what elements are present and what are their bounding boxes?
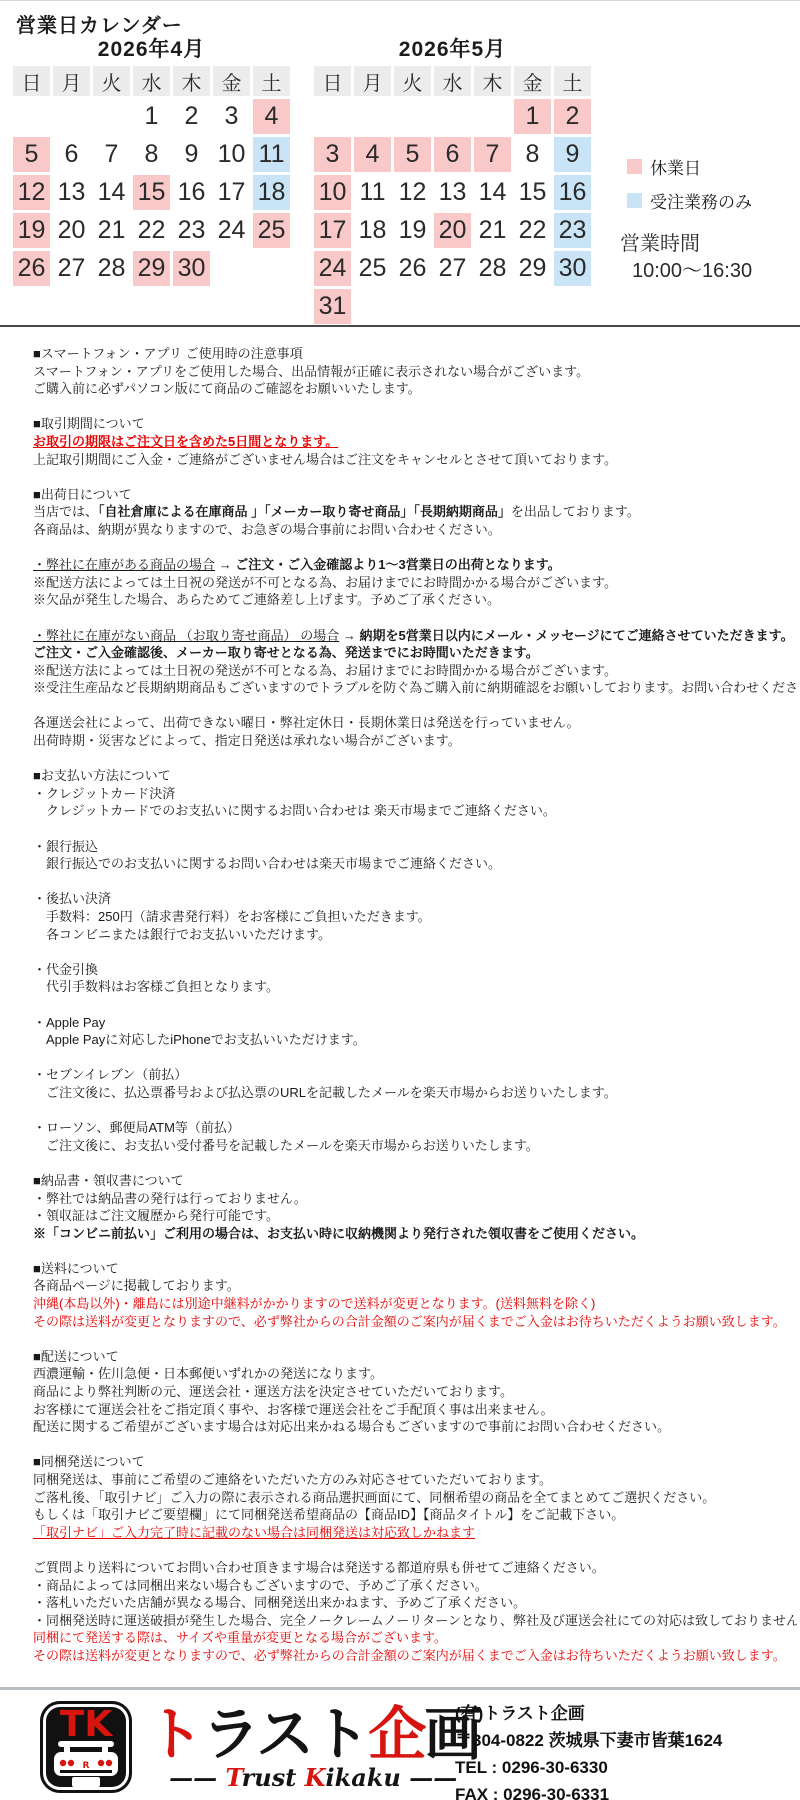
text-run: 商品により弊社判断の元、運送会社・運送方法を決定させていただいております。 xyxy=(33,1384,513,1399)
day-cell: 28 xyxy=(474,251,511,286)
logo-char: ト xyxy=(146,1700,202,1768)
text-line: ※欠品が発生した場合、あらためてご連絡差し上げます。予めご了承ください。 xyxy=(33,591,797,609)
text-run: ・後払い決済 xyxy=(33,891,111,906)
empty-day-cell xyxy=(474,99,511,134)
text-run: ・弊社では納品書の発行は行っておりません。 xyxy=(33,1191,307,1206)
logo-romaji-part: —— xyxy=(169,1763,225,1792)
day-header-cell: 月 xyxy=(354,66,391,96)
day-cell: 26 xyxy=(13,251,50,286)
day-cell: 9 xyxy=(554,137,591,172)
text-line: ・領収証はご注文履歴から発行可能です。 xyxy=(33,1207,797,1225)
empty-day-cell xyxy=(514,289,551,324)
text-run: ■配送について xyxy=(33,1349,119,1364)
day-cell: 12 xyxy=(394,175,431,210)
day-cell: 24 xyxy=(213,213,250,248)
day-header-cell: 水 xyxy=(133,66,170,96)
text-run: 配送に関するご希望がございます場合は対応出来かねる場合もございますので事前にお問… xyxy=(33,1419,670,1434)
company-name-calligraphy: トラスト企画 xyxy=(146,1703,480,1765)
legend-label: 休業日 xyxy=(650,154,701,179)
text-run: ※「コンビニ前払い」ご利用の場合は、お支払い時に収納機関より発行された領収書をご… xyxy=(33,1226,644,1241)
calendar-table-april: 日月火水木金土123456789101112131415161718192021… xyxy=(10,63,293,289)
text-line: ご注文後に、お支払い受付番号を記載したメールを楽天市場からお送りいたします。 xyxy=(33,1137,797,1155)
day-cell: 21 xyxy=(474,213,511,248)
text-line: ご落札後、「取引ナビ」ご入力の際に表示される商品選択画面にて、同梱希望の商品を全… xyxy=(33,1489,797,1507)
text-run: 各商品は、納期が異なりますので、お急ぎの場合事前にお問い合わせください。 xyxy=(33,522,501,537)
day-cell: 14 xyxy=(93,175,130,210)
day-cell: 16 xyxy=(173,175,210,210)
text-line: ■お支払い方法について xyxy=(33,767,797,785)
text-run: → xyxy=(339,628,359,643)
empty-day-cell xyxy=(253,251,290,286)
empty-day-cell xyxy=(554,289,591,324)
text-run: 上記取引期間にご入金・ご連絡がございません場合はご注文をキャンセルとさせて頂いて… xyxy=(33,452,617,467)
text-line: ・弊社に在庫がない商品 （お取り寄せ商品） の場合 → 納期を5営業日以内にメー… xyxy=(33,627,797,645)
text-run: ■送料について xyxy=(33,1261,119,1276)
day-cell: 17 xyxy=(213,175,250,210)
day-cell: 1 xyxy=(514,99,551,134)
text-line: 手数料：250円（請求書発行料）をお客様にご負担いただきます。 xyxy=(33,908,797,926)
text-line: 「取引ナビ」ご入力完了時に記載のない場合は同梱発送は対応致しかねます xyxy=(33,1524,797,1542)
day-header-cell: 月 xyxy=(53,66,90,96)
text-line: ※受注生産品など長期納期商品もございますのでトラブルを防ぐ為ご購入前に納期確認を… xyxy=(33,679,797,697)
text-line: Apple Payに対応したiPhoneでお支払いいただけます。 xyxy=(33,1031,797,1049)
day-cell: 3 xyxy=(213,99,250,134)
day-cell: 27 xyxy=(53,251,90,286)
text-line: ・クレジットカード決済 xyxy=(33,785,797,803)
text-run: ・落札いただいた店舗が異なる場合、同梱発送出来かねます、予めご了承ください。 xyxy=(33,1595,526,1610)
text-line xyxy=(33,996,797,1014)
text-line: ・Apple Pay xyxy=(33,1014,797,1032)
text-run: ※受注生産品など長期納期商品もございますのでトラブルを防ぐ為ご購入前に納期確認を… xyxy=(33,680,797,695)
day-cell: 19 xyxy=(13,213,50,248)
text-run: ・弊社に在庫がない商品 （お取り寄せ商品） の場合 xyxy=(33,628,339,643)
closed-day-swatch-icon xyxy=(627,159,642,174)
day-cell: 10 xyxy=(314,175,351,210)
day-cell: 12 xyxy=(13,175,50,210)
text-run: ・商品によっては同梱出来ない場合もございますので、予めご了承ください。 xyxy=(33,1578,488,1593)
day-header-cell: 金 xyxy=(514,66,551,96)
text-run: ・ローソン、郵便局ATM等（前払） xyxy=(33,1120,240,1135)
text-line: ■スマートフォン・アプリ ご使用時の注意事項 xyxy=(33,345,797,363)
calendar-month-april: 2026年4月 日月火水木金土1234567891011121314151617… xyxy=(2,33,301,289)
company-address: 〒304-0822 茨城県下妻市皆葉1624 xyxy=(455,1727,722,1754)
text-run: ・セブンイレブン（前払） xyxy=(33,1067,187,1082)
text-line xyxy=(33,1330,797,1348)
text-run: ※配送方法によっては土日祝の発送が不可となる為、お届けまでにお時間かかる場合がご… xyxy=(33,575,617,590)
day-cell: 10 xyxy=(213,137,250,172)
day-cell: 2 xyxy=(554,99,591,134)
day-cell: 4 xyxy=(354,137,391,172)
company-logo-text: トラスト企画 —— Trust Kikaku —— xyxy=(146,1701,480,1793)
text-line: 西濃運輸・佐川急便・日本郵便いずれかの発送になります。 xyxy=(33,1365,797,1383)
text-line xyxy=(33,697,797,715)
day-cell: 27 xyxy=(434,251,471,286)
text-line xyxy=(33,1154,797,1172)
text-line xyxy=(33,943,797,961)
day-cell: 22 xyxy=(133,213,170,248)
text-run: その際は送料が変更となりますので、必ず弊社からの合計金額のご案内が届くまでご入金… xyxy=(33,1648,786,1663)
day-cell: 18 xyxy=(354,213,391,248)
text-line: クレジットカードでのお支払いに関するお問い合わせは 楽天市場までご連絡ください。 xyxy=(33,802,797,820)
divider xyxy=(0,325,800,327)
text-run: ※配送方法によっては土日祝の発送が不可となる為、お届けまでにお時間かかる場合がご… xyxy=(33,663,617,678)
day-cell: 14 xyxy=(474,175,511,210)
text-line: 上記取引期間にご入金・ご連絡がございません場合はご注文をキャンセルとさせて頂いて… xyxy=(33,451,797,469)
text-line xyxy=(33,1102,797,1120)
text-line: ■同梱発送について xyxy=(33,1453,797,1471)
text-run: ご注文・ご入金確認後、メーカー取り寄せとなる為、発送までにお時間いただきます。 xyxy=(33,645,539,660)
day-header-cell: 水 xyxy=(434,66,471,96)
text-line: ・セブンイレブン（前払） xyxy=(33,1066,797,1084)
calendar-month-may: 2026年5月 日月火水木金土1234567891011121314151617… xyxy=(303,33,602,327)
text-line: ・落札いただいた店舗が異なる場合、同梱発送出来かねます、予めご了承ください。 xyxy=(33,1594,797,1612)
text-run: ・同梱発送時に運送破損が発生した場合、完全ノークレームノーリターンとなり、弊社及… xyxy=(33,1613,797,1628)
text-run: ご注文・ご入金確認より1～3営業日の出荷となります。 xyxy=(235,557,560,572)
day-cell: 3 xyxy=(314,137,351,172)
text-line: 各運送会社によって、出荷できない曜日・弊社定休日・長期休業日は発送を行っていませ… xyxy=(33,714,797,732)
text-line xyxy=(33,873,797,891)
text-run: クレジットカードでのお支払いに関するお問い合わせは 楽天市場までご連絡ください。 xyxy=(33,803,556,818)
company-name-romaji: —— Trust Kikaku —— xyxy=(146,1765,480,1791)
text-line: 銀行振込でのお支払いに関するお問い合わせは楽天市場までご連絡ください。 xyxy=(33,855,797,873)
text-run: 各コンビニまたは銀行でお支払いいただけます。 xyxy=(33,927,331,942)
text-run: ・クレジットカード決済 xyxy=(33,786,175,801)
text-line: ■配送について xyxy=(33,1348,797,1366)
day-cell: 9 xyxy=(173,137,210,172)
text-run: 西濃運輸・佐川急便・日本郵便いずれかの発送になります。 xyxy=(33,1366,383,1381)
company-name: (有)トラスト企画 xyxy=(455,1700,722,1727)
text-run: 出荷時期・災害などによって、指定日発送は承れない場合がございます。 xyxy=(33,733,461,748)
day-header-cell: 土 xyxy=(554,66,591,96)
day-cell: 4 xyxy=(253,99,290,134)
day-header-cell: 土 xyxy=(253,66,290,96)
text-line: ※「コンビニ前払い」ご利用の場合は、お支払い時に収納機関より発行された領収書をご… xyxy=(33,1225,797,1243)
empty-day-cell xyxy=(434,289,471,324)
day-cell: 20 xyxy=(53,213,90,248)
month-title-april: 2026年4月 xyxy=(2,33,301,63)
empty-day-cell xyxy=(354,99,391,134)
day-cell: 18 xyxy=(253,175,290,210)
day-cell: 7 xyxy=(93,137,130,172)
day-cell: 6 xyxy=(434,137,471,172)
text-line: ■送料について xyxy=(33,1260,797,1278)
text-line xyxy=(33,1436,797,1454)
text-run: 代引手数料はお客様ご負担となります。 xyxy=(33,979,279,994)
day-header-cell: 木 xyxy=(173,66,210,96)
text-run: ■出荷日について xyxy=(33,487,132,502)
business-hours: 営業時間 10:00～16:30 xyxy=(620,227,752,286)
business-hours-value: 10:00～16:30 xyxy=(620,256,752,286)
text-line: 同梱にて発送する際は、サイズや重量が変更となる場合がございます。 xyxy=(33,1629,797,1647)
empty-day-cell xyxy=(474,289,511,324)
day-header-cell: 金 xyxy=(213,66,250,96)
day-cell: 16 xyxy=(554,175,591,210)
day-header-cell: 木 xyxy=(474,66,511,96)
text-line: もしくは「取引ナビご要望欄」にて同梱発送希望商品の【商品ID】【商品タイトル】を… xyxy=(33,1506,797,1524)
logo-romaji-part: K xyxy=(305,1763,326,1792)
day-cell: 23 xyxy=(554,213,591,248)
text-run: Apple Payに対応したiPhoneでお支払いいただけます。 xyxy=(33,1032,366,1047)
day-cell: 21 xyxy=(93,213,130,248)
text-line: ・弊社では納品書の発行は行っておりません。 xyxy=(33,1190,797,1208)
text-line: 各商品は、納期が異なりますので、お急ぎの場合事前にお問い合わせください。 xyxy=(33,521,797,539)
text-run: ・Apple Pay xyxy=(33,1015,105,1030)
day-cell: 17 xyxy=(314,213,351,248)
text-line: 沖縄(本島以外)・離島には別途中継料がかかりますので送料が変更となります。(送料… xyxy=(33,1295,797,1313)
text-line xyxy=(33,1242,797,1260)
company-fax: FAX : 0296-30-6331 xyxy=(455,1781,722,1800)
day-cell: 28 xyxy=(93,251,130,286)
text-run: → xyxy=(215,557,235,572)
text-line: ※配送方法によっては土日祝の発送が不可となる為、お届けまでにお時間かかる場合がご… xyxy=(33,662,797,680)
text-run: 手数料：250円（請求書発行料）をお客様にご負担いただきます。 xyxy=(33,909,431,924)
text-line: 商品により弊社判断の元、運送会社・運送方法を決定させていただいております。 xyxy=(33,1383,797,1401)
logo-romaji-part: —— xyxy=(401,1763,457,1792)
day-cell: 29 xyxy=(133,251,170,286)
day-cell: 11 xyxy=(354,175,391,210)
text-run: ご注文後に、払込票番号および払込票のURLを記載したメールを楽天市場からお送りい… xyxy=(33,1085,617,1100)
empty-day-cell xyxy=(13,99,50,134)
day-cell: 8 xyxy=(514,137,551,172)
empty-day-cell xyxy=(354,289,391,324)
text-line xyxy=(33,1541,797,1559)
calendar-table-may: 日月火水木金土123456789101112131415161718192021… xyxy=(311,63,594,327)
text-run: ■お支払い方法について xyxy=(33,768,171,783)
logo-char: ラ xyxy=(202,1700,256,1768)
contact-info: (有)トラスト企画 〒304-0822 茨城県下妻市皆葉1624 TEL : 0… xyxy=(455,1700,722,1800)
text-run: 「取引ナビ」ご入力完了時に記載のない場合は同梱発送は対応致しかねます xyxy=(33,1525,475,1540)
day-cell: 15 xyxy=(133,175,170,210)
legend-item-closed: 休業日 xyxy=(627,154,752,179)
day-cell: 29 xyxy=(514,251,551,286)
text-run: その際は送料が変更となりますので、必ず弊社からの合計金額のご案内が届くまでご入金… xyxy=(33,1314,786,1329)
day-cell: 5 xyxy=(13,137,50,172)
day-cell: 30 xyxy=(173,251,210,286)
calendar-legend: 休業日 受注業務のみ xyxy=(627,154,752,222)
day-cell: 11 xyxy=(253,137,290,172)
text-line: 各商品ページに掲載しております。 xyxy=(33,1277,797,1295)
day-cell: 13 xyxy=(53,175,90,210)
day-cell: 26 xyxy=(394,251,431,286)
day-cell: 20 xyxy=(434,213,471,248)
divider xyxy=(0,1687,800,1690)
text-run: 「自社倉庫による在庫商品 」「メーカー取り寄せ商品」「長期納期商品」 xyxy=(98,504,511,519)
text-line xyxy=(33,609,797,627)
business-hours-label: 営業時間 xyxy=(620,227,752,256)
text-line xyxy=(33,750,797,768)
car-icon: R xyxy=(50,1741,122,1787)
text-run: ■取引期間について xyxy=(33,416,145,431)
day-cell: 31 xyxy=(314,289,351,324)
text-run: もしくは「取引ナビご要望欄」にて同梱発送希望商品の【商品ID】【商品タイトル】を… xyxy=(33,1507,624,1522)
text-line: 同梱発送は、事前にご希望のご連絡をいただいた方のみ対応させていただいております。 xyxy=(33,1471,797,1489)
text-line: ・代金引換 xyxy=(33,961,797,979)
text-run: 沖縄(本島以外)・離島には別途中継料がかかりますので送料が変更となります。(送料… xyxy=(33,1296,595,1311)
text-run: スマートフォン・アプリをご使用した場合、出品情報が正確に表示されない場合がござい… xyxy=(33,364,589,379)
text-run: ※欠品が発生した場合、あらためてご連絡差し上げます。予めご了承ください。 xyxy=(33,592,500,607)
text-run: 各運送会社によって、出荷できない曜日・弊社定休日・長期休業日は発送を行っていませ… xyxy=(33,715,580,730)
day-cell: 22 xyxy=(514,213,551,248)
month-title-may: 2026年5月 xyxy=(303,33,602,63)
text-run: ・代金引換 xyxy=(33,962,98,977)
text-run: 同梱発送は、事前にご希望のご連絡をいただいた方のみ対応させていただいております。 xyxy=(33,1472,552,1487)
text-line: ご注文・ご入金確認後、メーカー取り寄せとなる為、発送までにお時間いただきます。 xyxy=(33,644,797,662)
day-cell: 23 xyxy=(173,213,210,248)
text-line: 各コンビニまたは銀行でお支払いいただけます。 xyxy=(33,926,797,944)
text-line: 配送に関するご希望がございます場合は対応出来かねる場合もございますので事前にお問… xyxy=(33,1418,797,1436)
text-line: ・商品によっては同梱出来ない場合もございますので、予めご了承ください。 xyxy=(33,1577,797,1595)
company-tel: TEL : 0296-30-6330 xyxy=(455,1754,722,1781)
text-line xyxy=(33,468,797,486)
logo-romaji-part: T xyxy=(225,1763,241,1792)
day-cell: 8 xyxy=(133,137,170,172)
empty-day-cell xyxy=(93,99,130,134)
text-line: ご注文後に、払込票番号および払込票のURLを記載したメールを楽天市場からお送りい… xyxy=(33,1084,797,1102)
empty-day-cell xyxy=(434,99,471,134)
store-notes: ■スマートフォン・アプリ ご使用時の注意事項スマートフォン・アプリをご使用した場… xyxy=(33,345,797,1665)
day-cell: 2 xyxy=(173,99,210,134)
text-line: ※配送方法によっては土日祝の発送が不可となる為、お届けまでにお時間かかる場合がご… xyxy=(33,574,797,592)
logo-char: 企 xyxy=(368,1700,424,1768)
tk-badge-text: TK xyxy=(40,1704,132,1745)
legend-item-orders-only: 受注業務のみ xyxy=(627,188,752,213)
text-line: ご質問より送料についてお問い合わせ頂きます場合は発送する都道府県も併せてご連絡く… xyxy=(33,1559,797,1577)
text-line: ・弊社に在庫がある商品の場合 → ご注文・ご入金確認より1～3営業日の出荷となり… xyxy=(33,556,797,574)
text-line: ・ローソン、郵便局ATM等（前払） xyxy=(33,1119,797,1137)
text-run: ・領収証はご注文履歴から発行可能です。 xyxy=(33,1208,279,1223)
empty-day-cell xyxy=(394,99,431,134)
logo-char: ト xyxy=(312,1700,368,1768)
text-line: ご購入前に必ずパソコン版にて商品のご確認をお願いいたします。 xyxy=(33,380,797,398)
day-cell: 1 xyxy=(133,99,170,134)
text-run: ■納品書・領収書について xyxy=(33,1173,184,1188)
day-cell: 19 xyxy=(394,213,431,248)
text-line: ・同梱発送時に運送破損が発生した場合、完全ノークレームノーリターンとなり、弊社及… xyxy=(33,1612,797,1630)
text-line: お客様にて運送会社をご指定頂く事や、お客様で運送会社をご手配頂く事は出来ません。 xyxy=(33,1401,797,1419)
logo-char: ス xyxy=(256,1700,312,1768)
business-calendar-section: 営業日カレンダー 2026年4月 日月火水木金土1234567891011121… xyxy=(0,1,800,325)
text-line: ■納品書・領収書について xyxy=(33,1172,797,1190)
empty-day-cell xyxy=(213,251,250,286)
text-run: 当店では、 xyxy=(33,504,98,519)
day-cell: 7 xyxy=(474,137,511,172)
empty-day-cell xyxy=(394,289,431,324)
text-run: ・弊社に在庫がある商品の場合 xyxy=(33,557,215,572)
day-cell: 6 xyxy=(53,137,90,172)
text-line: 出荷時期・災害などによって、指定日発送は承れない場合がございます。 xyxy=(33,732,797,750)
text-run: 銀行振込でのお支払いに関するお問い合わせは楽天市場までご連絡ください。 xyxy=(33,856,501,871)
day-cell: 13 xyxy=(434,175,471,210)
footer: TK R トラスト企画 —— Trust Kikaku —— (有)トラスト企画… xyxy=(0,1698,800,1800)
legend-label: 受注業務のみ xyxy=(650,188,752,213)
text-run: ご注文後に、お支払い受付番号を記載したメールを楽天市場からお送りいたします。 xyxy=(33,1138,539,1153)
day-cell: 15 xyxy=(514,175,551,210)
text-run: ■スマートフォン・アプリ ご使用時の注意事項 xyxy=(33,346,303,361)
empty-day-cell xyxy=(53,99,90,134)
text-line: スマートフォン・アプリをご使用した場合、出品情報が正確に表示されない場合がござい… xyxy=(33,363,797,381)
text-run: お取引の期限はご注文日を含めた5日間となります。 xyxy=(33,434,338,449)
text-run: ・銀行振込 xyxy=(33,839,98,854)
text-line xyxy=(33,820,797,838)
day-header-cell: 火 xyxy=(394,66,431,96)
day-cell: 30 xyxy=(554,251,591,286)
day-cell: 25 xyxy=(354,251,391,286)
text-line: ■取引期間について xyxy=(33,415,797,433)
day-cell: 24 xyxy=(314,251,351,286)
tk-badge-icon: TK R xyxy=(40,1701,132,1793)
text-run: ご質問より送料についてお問い合わせ頂きます場合は発送する都道府県も併せてご連絡く… xyxy=(33,1560,605,1575)
day-cell: 25 xyxy=(253,213,290,248)
text-line: その際は送料が変更となりますので、必ず弊社からの合計金額のご案内が届くまでご入金… xyxy=(33,1647,797,1665)
day-header-cell: 日 xyxy=(314,66,351,96)
company-logo: TK R トラスト企画 —— Trust Kikaku —— xyxy=(40,1701,480,1793)
text-line: その際は送料が変更となりますので、必ず弊社からの合計金額のご案内が届くまでご入金… xyxy=(33,1313,797,1331)
text-line: 当店では、「自社倉庫による在庫商品 」「メーカー取り寄せ商品」「長期納期商品」を… xyxy=(33,503,797,521)
day-cell: 5 xyxy=(394,137,431,172)
text-line xyxy=(33,539,797,557)
text-run: ご購入前に必ずパソコン版にて商品のご確認をお願いいたします。 xyxy=(33,381,421,396)
text-run: 各商品ページに掲載しております。 xyxy=(33,1278,240,1293)
logo-romaji-part: ikaku xyxy=(326,1763,401,1792)
text-run: 納期を5営業日以内にメール・メッセージにてご連絡させていただきます。 xyxy=(359,628,793,643)
text-run: を出品しております。 xyxy=(511,504,640,519)
text-line: ■出荷日について xyxy=(33,486,797,504)
text-line: お取引の期限はご注文日を含めた5日間となります。 xyxy=(33,433,797,451)
text-line xyxy=(33,398,797,416)
svg-text:R: R xyxy=(83,1761,90,1771)
day-header-cell: 日 xyxy=(13,66,50,96)
text-line: ・銀行振込 xyxy=(33,838,797,856)
text-line: 代引手数料はお客様ご負担となります。 xyxy=(33,978,797,996)
text-line: ・後払い決済 xyxy=(33,890,797,908)
logo-romaji-part: rust xyxy=(242,1763,305,1792)
orders-only-swatch-icon xyxy=(627,193,642,208)
day-header-cell: 火 xyxy=(93,66,130,96)
text-run: 同梱にて発送する際は、サイズや重量が変更となる場合がございます。 xyxy=(33,1630,447,1645)
empty-day-cell xyxy=(314,99,351,134)
text-run: ■同梱発送について xyxy=(33,1454,145,1469)
text-run: お客様にて運送会社をご指定頂く事や、お客様で運送会社をご手配頂く事は出来ません。 xyxy=(33,1402,554,1417)
text-line xyxy=(33,1049,797,1067)
text-run: ご落札後、「取引ナビ」ご入力の際に表示される商品選択画面にて、同梱希望の商品を全… xyxy=(33,1490,715,1505)
